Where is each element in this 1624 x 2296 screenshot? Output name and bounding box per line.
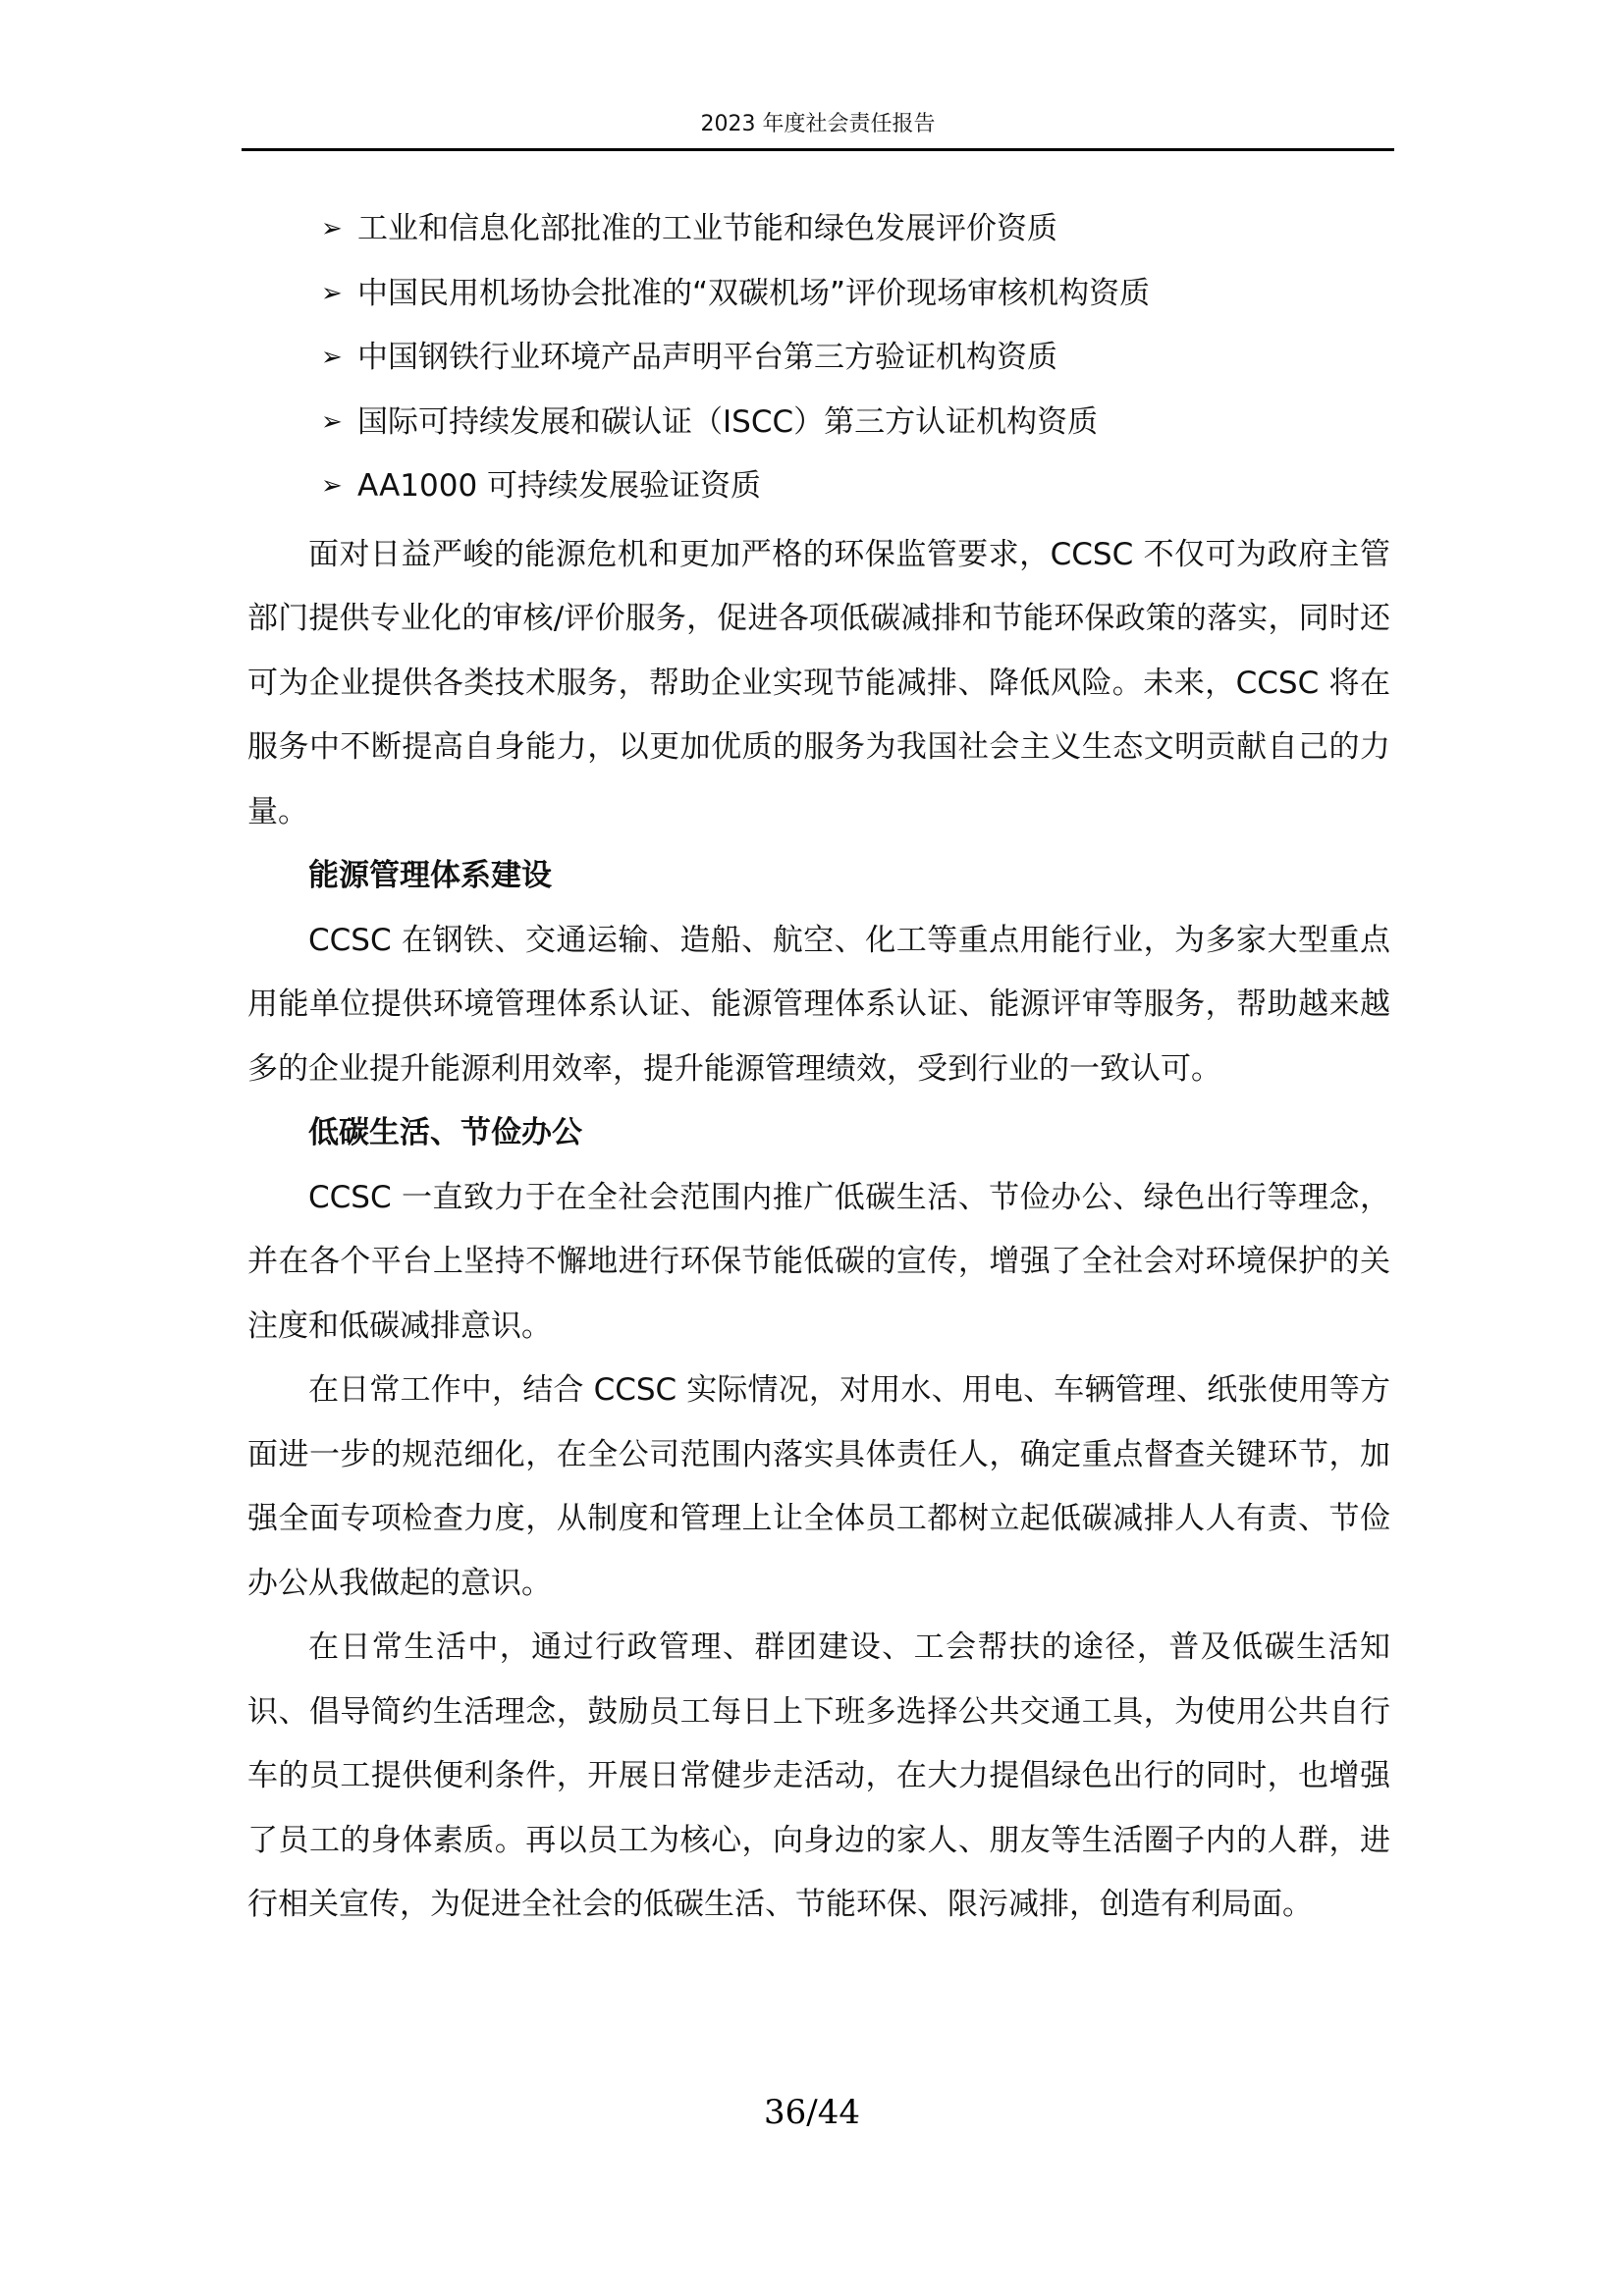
header-divider xyxy=(242,148,1394,151)
low-carbon-paragraph-1: CCSC 一直致力于在全社会范围内推广低碳生活、节俭办公、绿色出行等理念，并在各… xyxy=(247,1166,1390,1360)
qualification-text: AA1000 可持续发展验证资质 xyxy=(357,468,761,504)
low-carbon-paragraph-2: 在日常工作中，结合 CCSC 实际情况，对用水、用电、车辆管理、纸张使用等方面进… xyxy=(247,1359,1390,1616)
arrow-bullet-icon: ➢ xyxy=(321,330,351,385)
qualification-text: 国际可持续发展和碳认证（ISCC）第三方认证机构资质 xyxy=(357,404,1098,440)
qualification-text: 工业和信息化部批准的工业节能和绿色发展评价资质 xyxy=(357,211,1057,246)
section-heading-energy-management: 能源管理体系建设 xyxy=(247,844,1390,909)
page-number: 36/44 xyxy=(0,2091,1624,2134)
qualification-text: 中国钢铁行业环境产品声明平台第三方验证机构资质 xyxy=(357,340,1057,375)
section-heading-low-carbon: 低碳生活、节俭办公 xyxy=(247,1101,1390,1166)
qualification-list-item: ➢ 工业和信息化部批准的工业节能和绿色发展评价资质 xyxy=(247,201,1390,266)
low-carbon-paragraph-3: 在日常生活中，通过行政管理、群团建设、工会帮扶的途径，普及低碳生活知识、倡导简约… xyxy=(247,1616,1390,1938)
intro-paragraph: 面对日益严峻的能源危机和更加严格的环保监管要求，CCSC 不仅可为政府主管部门提… xyxy=(247,523,1390,845)
page-body: ➢ 工业和信息化部批准的工业节能和绿色发展评价资质 ➢ 中国民用机场协会批准的“… xyxy=(247,201,1390,1938)
arrow-bullet-icon: ➢ xyxy=(321,201,351,256)
arrow-bullet-icon: ➢ xyxy=(321,266,351,321)
qualification-list-item: ➢ 中国民用机场协会批准的“双碳机场”评价现场审核机构资质 xyxy=(247,266,1390,331)
running-header: 2023 年度社会责任报告 xyxy=(242,110,1394,139)
qualification-text: 中国民用机场协会批准的“双碳机场”评价现场审核机构资质 xyxy=(357,276,1150,311)
arrow-bullet-icon: ➢ xyxy=(321,395,351,450)
qualification-list-item: ➢ 国际可持续发展和碳认证（ISCC）第三方认证机构资质 xyxy=(247,395,1390,459)
arrow-bullet-icon: ➢ xyxy=(321,458,351,513)
qualification-list-item: ➢ 中国钢铁行业环境产品声明平台第三方验证机构资质 xyxy=(247,330,1390,395)
energy-management-paragraph: CCSC 在钢铁、交通运输、造船、航空、化工等重点用能行业，为多家大型重点用能单… xyxy=(247,909,1390,1102)
qualification-list-item: ➢ AA1000 可持续发展验证资质 xyxy=(247,458,1390,523)
